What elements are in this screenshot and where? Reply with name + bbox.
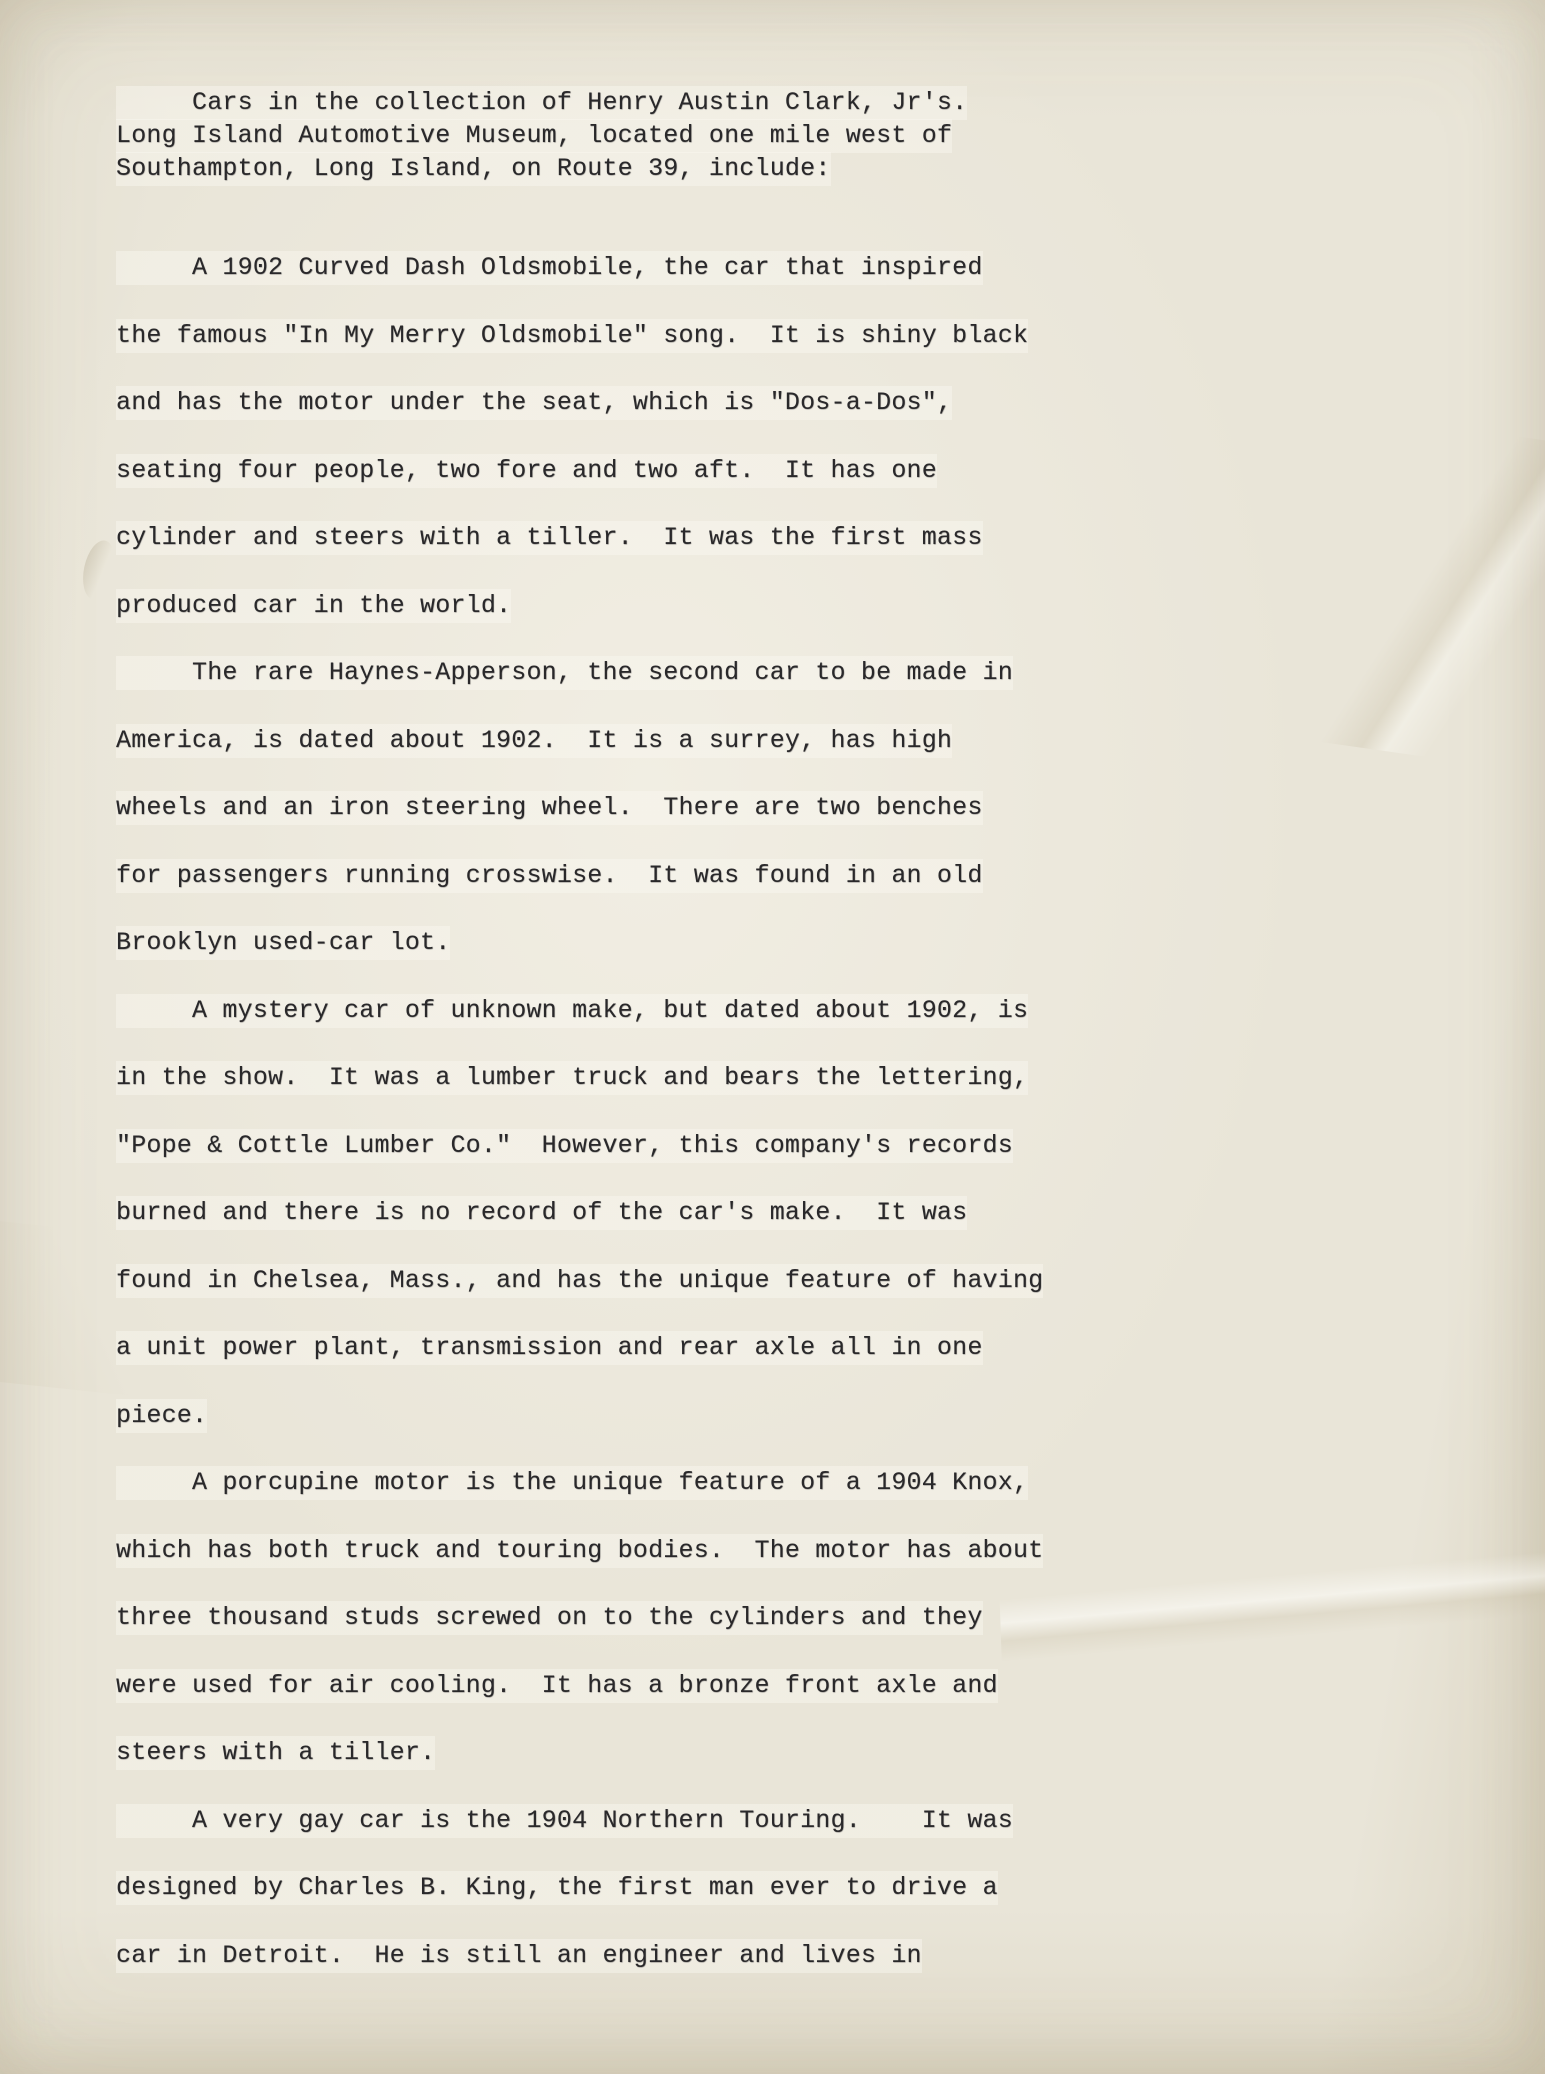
header-line: Cars in the collection of Henry Austin C… xyxy=(116,86,1446,119)
header-line: Southampton, Long Island, on Route 39, i… xyxy=(116,152,1446,185)
text-line: and has the motor under the seat, which … xyxy=(116,369,1446,437)
text-line: America, is dated about 1902. It is a su… xyxy=(116,707,1446,775)
text-line: burned and there is no record of the car… xyxy=(116,1179,1446,1247)
paragraph: A 1902 Curved Dash Oldsmobile, the car t… xyxy=(116,234,1446,639)
text-line: piece. xyxy=(116,1382,1446,1450)
text-line: found in Chelsea, Mass., and has the uni… xyxy=(116,1247,1446,1315)
text-line: in the show. It was a lumber truck and b… xyxy=(116,1044,1446,1112)
text-line: A porcupine motor is the unique feature … xyxy=(116,1449,1446,1517)
text-line: three thousand studs screwed on to the c… xyxy=(116,1584,1446,1652)
text-line: steers with a tiller. xyxy=(116,1719,1446,1787)
text-line: seating four people, two fore and two af… xyxy=(116,437,1446,505)
text-line: produced car in the world. xyxy=(116,572,1446,640)
text-line: The rare Haynes-Apperson, the second car… xyxy=(116,639,1446,707)
text-line: cylinder and steers with a tiller. It wa… xyxy=(116,504,1446,572)
text-line: A 1902 Curved Dash Oldsmobile, the car t… xyxy=(116,234,1446,302)
text-line: "Pope & Cottle Lumber Co." However, this… xyxy=(116,1112,1446,1180)
text-line: A very gay car is the 1904 Northern Tour… xyxy=(116,1787,1446,1855)
document-text: Cars in the collection of Henry Austin C… xyxy=(116,86,1446,1989)
paragraph: The rare Haynes-Apperson, the second car… xyxy=(116,639,1446,977)
paragraph: A very gay car is the 1904 Northern Tour… xyxy=(116,1787,1446,1990)
text-line: a unit power plant, transmission and rea… xyxy=(116,1314,1446,1382)
text-line: Brooklyn used-car lot. xyxy=(116,909,1446,977)
text-line: the famous "In My Merry Oldsmobile" song… xyxy=(116,302,1446,370)
header-line: Long Island Automotive Museum, located o… xyxy=(116,119,1446,152)
paragraph: A porcupine motor is the unique feature … xyxy=(116,1449,1446,1787)
scanned-typewritten-page: Cars in the collection of Henry Austin C… xyxy=(0,0,1545,2074)
paper-crease xyxy=(78,538,120,603)
text-line: A mystery car of unknown make, but dated… xyxy=(116,977,1446,1045)
document-header: Cars in the collection of Henry Austin C… xyxy=(116,86,1446,185)
text-line: designed by Charles B. King, the first m… xyxy=(116,1854,1446,1922)
text-line: car in Detroit. He is still an engineer … xyxy=(116,1922,1446,1990)
document-body: A 1902 Curved Dash Oldsmobile, the car t… xyxy=(116,234,1446,1989)
text-line: which has both truck and touring bodies.… xyxy=(116,1517,1446,1585)
text-line: were used for air cooling. It has a bron… xyxy=(116,1652,1446,1720)
text-line: wheels and an iron steering wheel. There… xyxy=(116,774,1446,842)
text-line: for passengers running crosswise. It was… xyxy=(116,842,1446,910)
paragraph: A mystery car of unknown make, but dated… xyxy=(116,977,1446,1450)
